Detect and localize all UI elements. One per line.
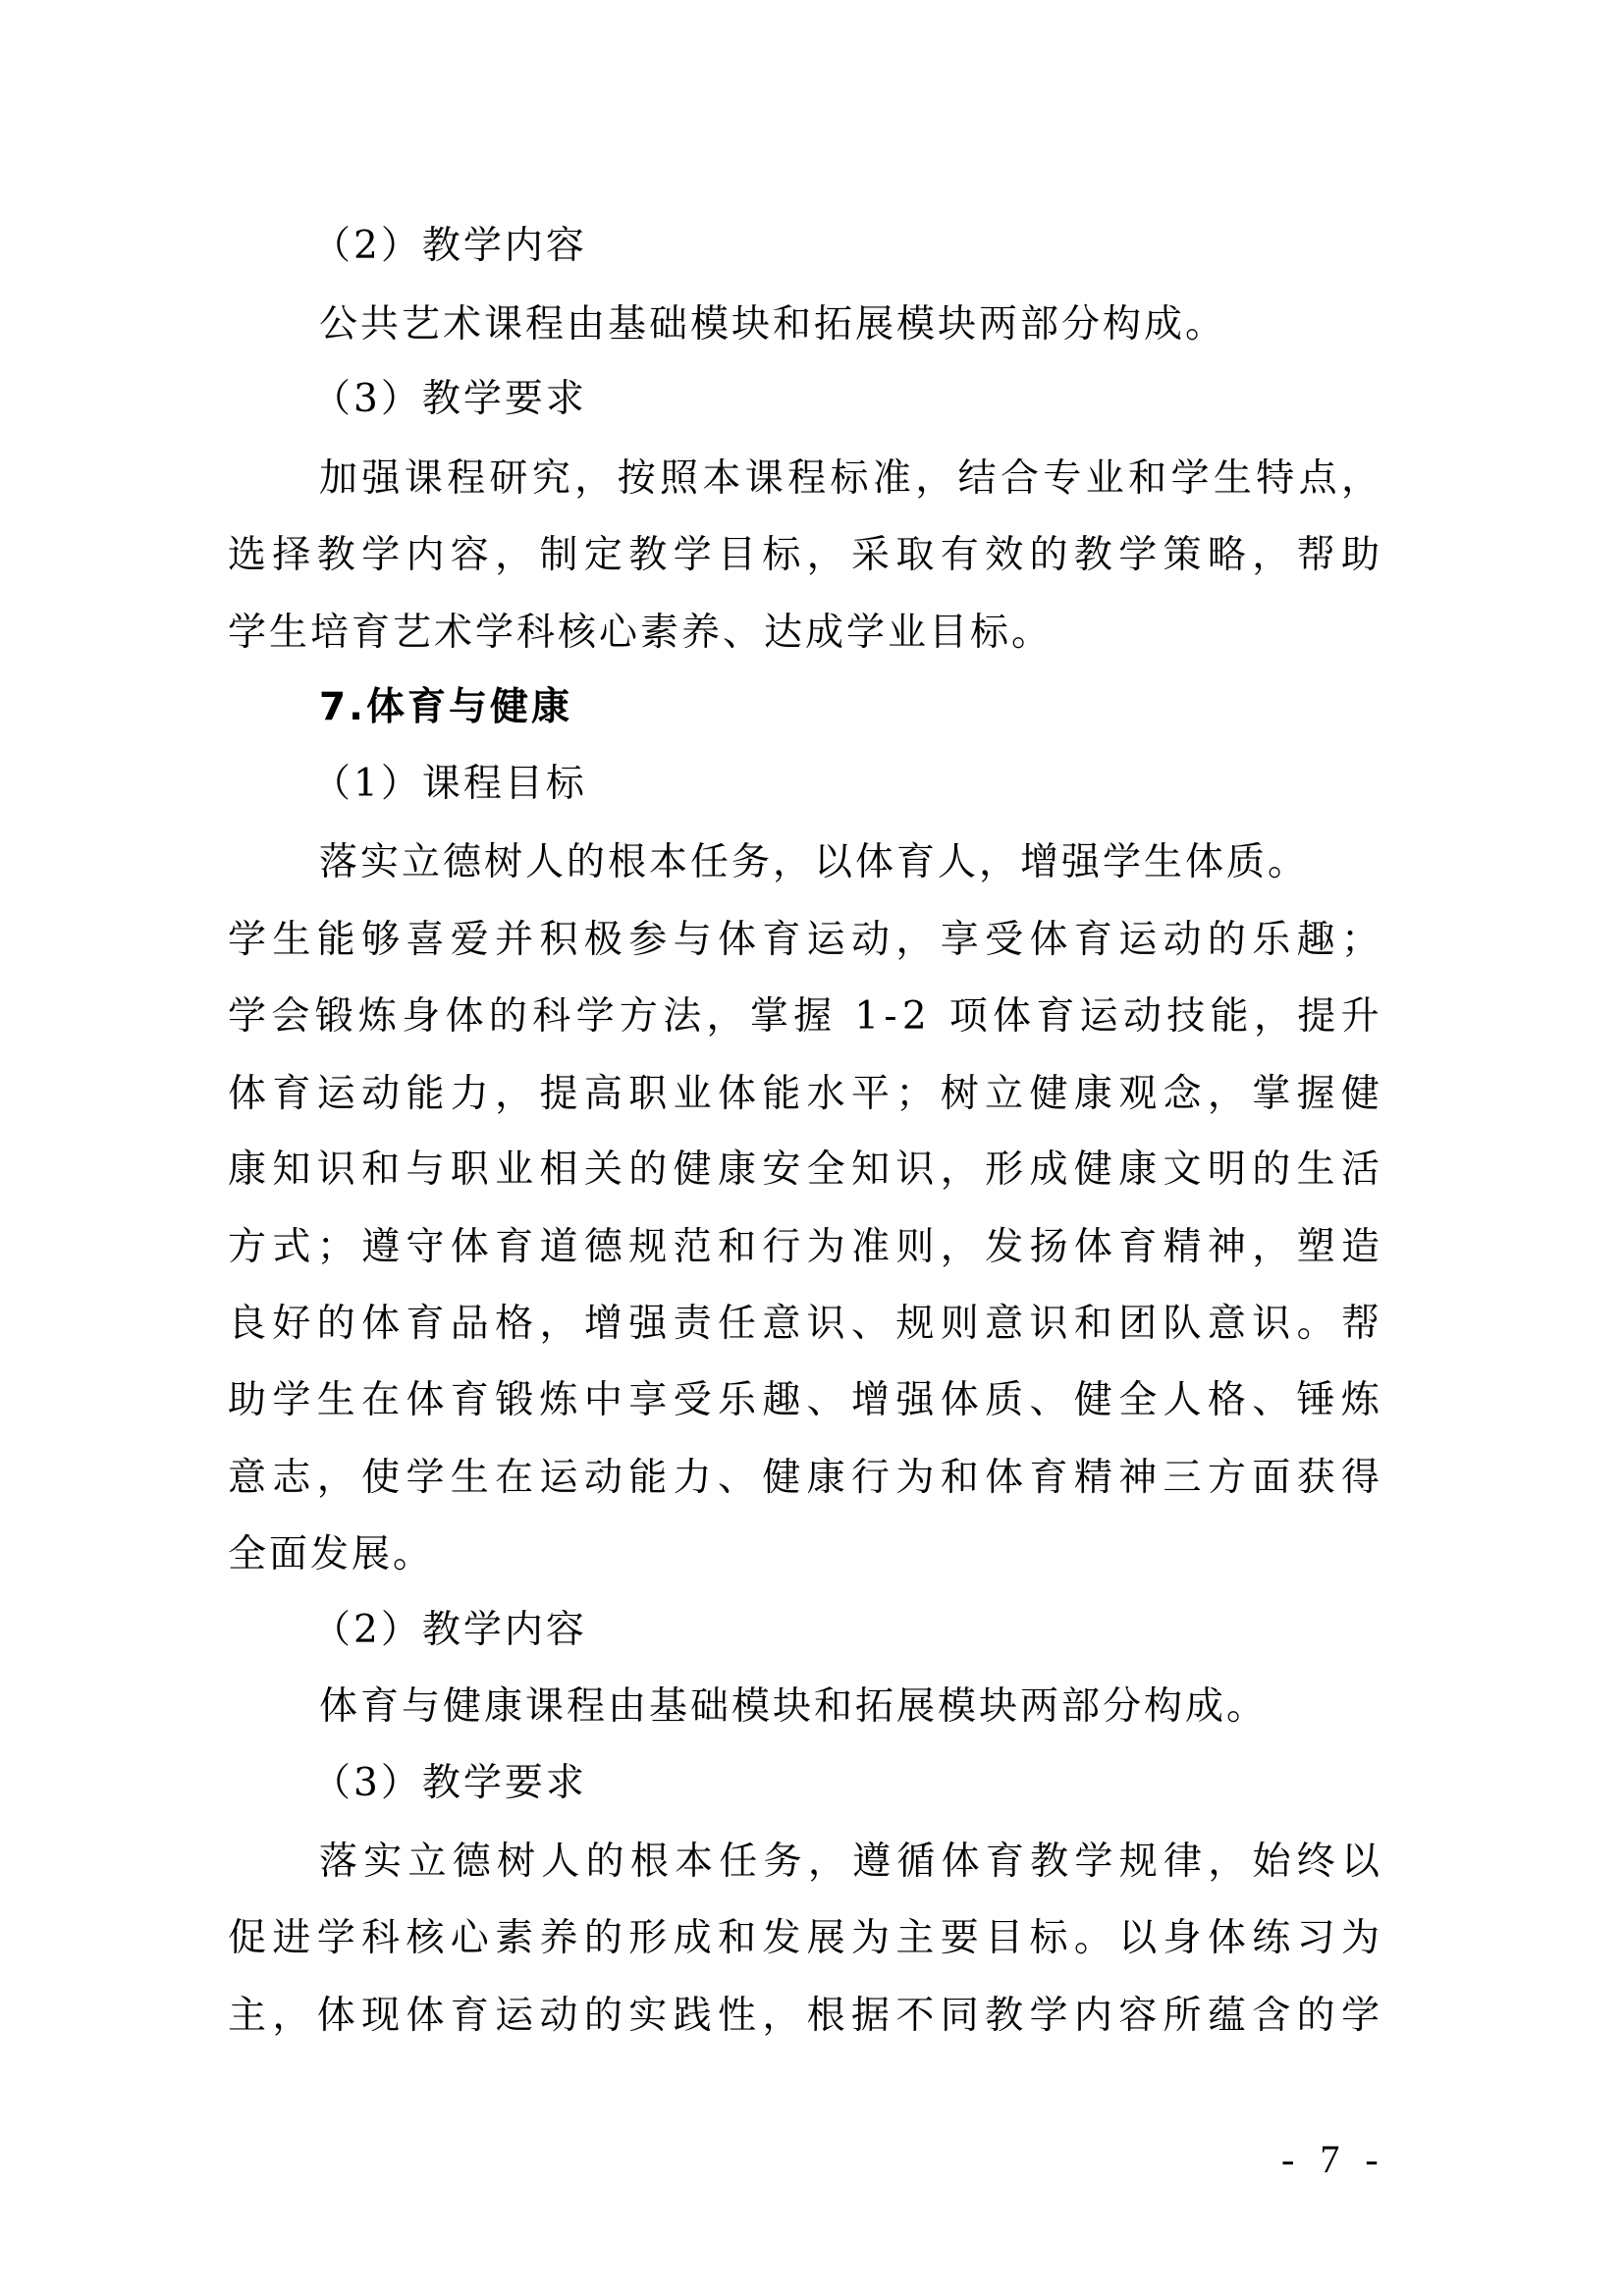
paragraph-line: 学生培育艺术学科核心素养、达成学业目标。 [228,610,1382,657]
paragraph-line: 落实立德树人的根本任务，以体育人，增强学生体质。 [319,839,1382,886]
paragraph-line: 康知识和与职业相关的健康安全知识，形成健康文明的生活 [228,1147,1382,1194]
paragraph-line: 落实立德树人的根本任务，遵循体育教学规律，始终以 [319,1839,1382,1886]
subheading-teaching-requirements: （3）教学要求 [312,1760,1467,1807]
paragraph-line: 体育与健康课程由基础模块和拓展模块两部分构成。 [319,1683,1382,1731]
paragraph-line: 学生能够喜爱并积极参与体育运动，享受体育运动的乐趣； [228,917,1382,964]
paragraph-line: 良好的体育品格，增强责任意识、规则意识和团队意识。帮 [228,1301,1382,1348]
subheading-teaching-content: （2）教学内容 [312,223,1467,270]
subheading-teaching-requirements: （3）教学要求 [312,376,1467,423]
paragraph-line: 全面发展。 [228,1531,1382,1578]
paragraph-line: 选择教学内容，制定教学目标，采取有效的教学策略，帮助 [228,532,1382,579]
paragraph-line: 体育运动能力，提高职业体能水平；树立健康观念，掌握健 [228,1071,1382,1118]
page-number: - 7 - [1281,2136,1386,2183]
paragraph-line: 意志，使学生在运动能力、健康行为和体育精神三方面获得 [228,1455,1382,1502]
paragraph-line: 学会锻炼身体的科学方法，掌握 1-2 项体育运动技能，提升 [228,993,1382,1041]
paragraph-line: 加强课程研究，按照本课程标准，结合专业和学生特点， [319,455,1382,503]
section-heading-pe-health: 7.体育与健康 [319,684,1474,731]
subheading-teaching-content: （2）教学内容 [312,1607,1467,1654]
paragraph-line: 助学生在体育锻炼中享受乐趣、增强体质、健全人格、锤炼 [228,1377,1382,1424]
subheading-course-objectives: （1）课程目标 [312,761,1467,808]
paragraph-line: 主，体现体育运动的实践性，根据不同教学内容所蕴含的学 [228,1993,1382,2040]
paragraph-line: 方式；遵守体育道德规范和行为准则，发扬体育精神，塑造 [228,1224,1382,1271]
paragraph-line: 促进学科核心素养的形成和发展为主要目标。以身体练习为 [228,1915,1382,1962]
paragraph-line: 公共艺术课程由基础模块和拓展模块两部分构成。 [319,301,1382,348]
document-page: （2）教学内容 公共艺术课程由基础模块和拓展模块两部分构成。 （3）教学要求 加… [0,0,1624,2296]
